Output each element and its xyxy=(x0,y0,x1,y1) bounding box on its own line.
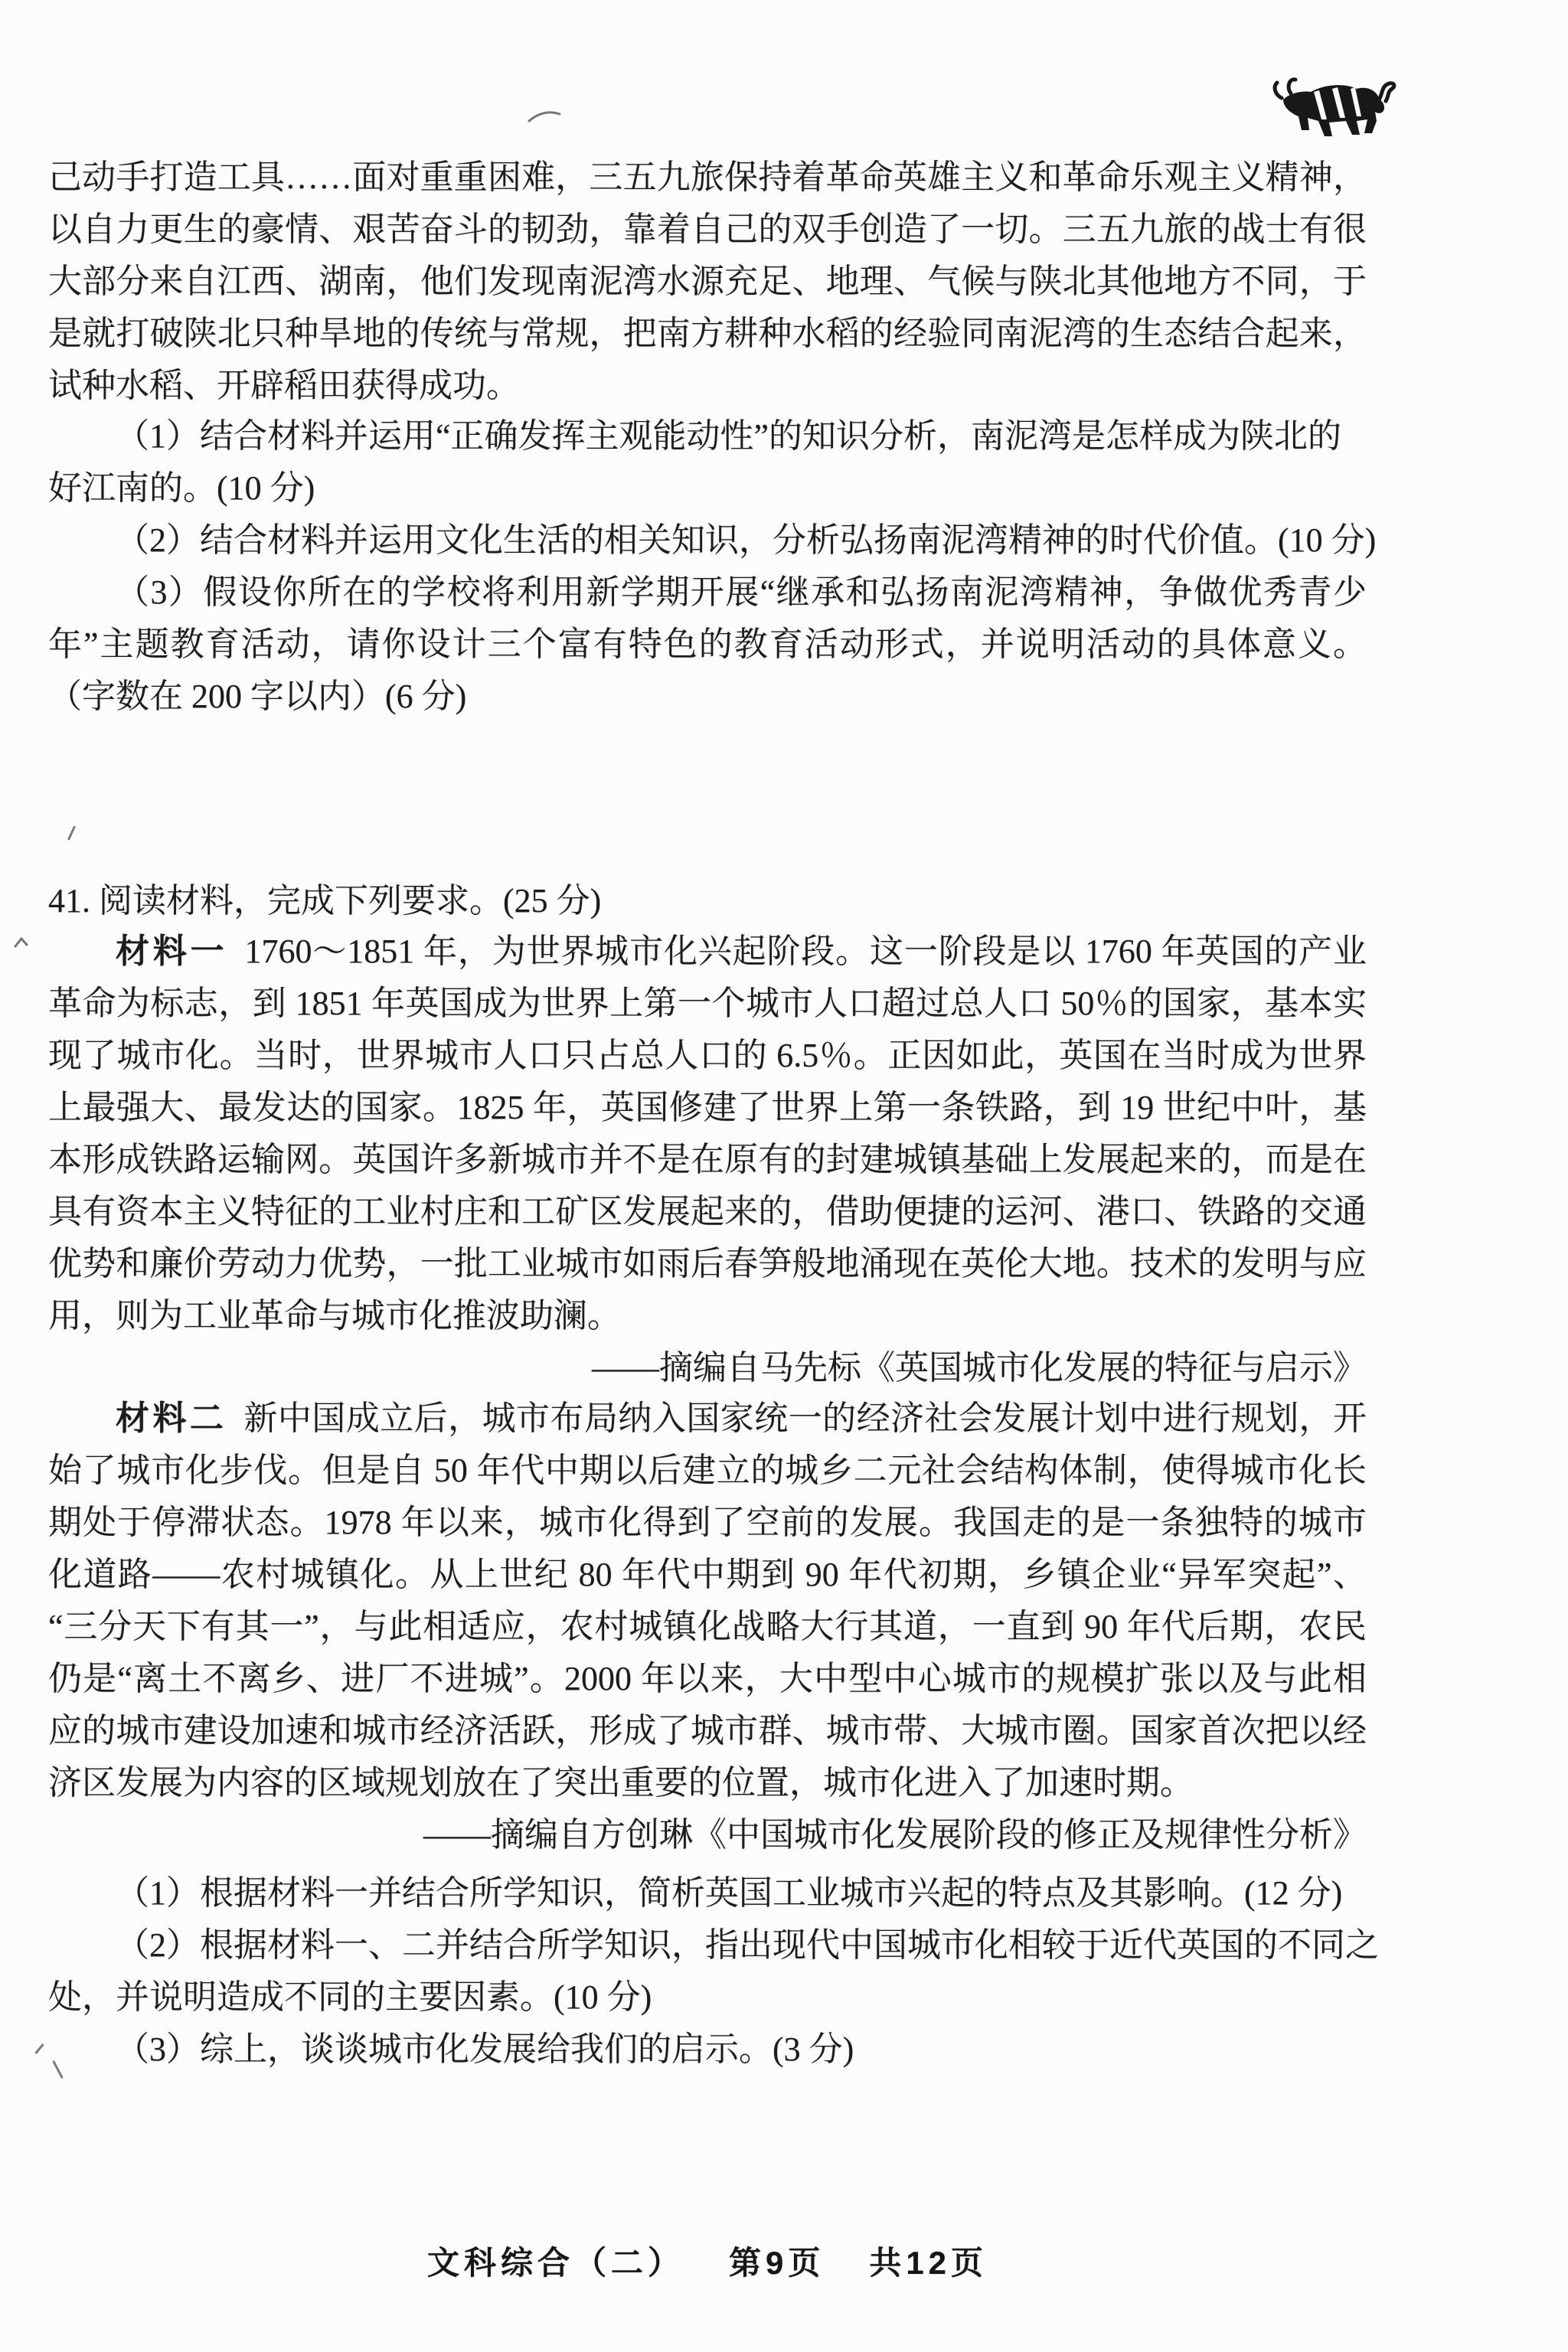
footer-total-pages: 共12页 xyxy=(869,2238,988,2284)
text-line: 具有资本主义特征的工业村庄和工矿区发展起来的，借助便捷的运河、港口、铁路的交通 xyxy=(48,1186,1367,1238)
text-line: 材料二新中国成立后，城市布局纳入国家统一的经济社会发展计划中进行规划，开 xyxy=(48,1393,1367,1445)
text-line: 仍是“离土不离乡、进厂不进城”。2000 年以来，大中型中心城市的规模扩张以及与… xyxy=(48,1653,1367,1705)
q40-question-lines: （1）结合材料并运用“正确发挥主观能动性”的知识分析，南泥湾是怎样成为陕北的好江… xyxy=(48,410,1367,723)
text-line: 好江南的。(10 分) xyxy=(48,462,1367,514)
footer-exam-title: 文科综合（二） xyxy=(427,2238,684,2284)
text-line: 应的城市建设加速和城市经济活跃，形成了城市群、城市带、大城市圈。国家首次把以经 xyxy=(48,1705,1367,1757)
text-line: 现了城市化。当时，世界城市人口只占总人口的 6.5％。正因如此，英国在当时成为世… xyxy=(48,1030,1367,1082)
scan-artifact xyxy=(67,825,76,840)
material-two-label: 材料二 xyxy=(116,1400,227,1437)
text-line: 处，并说明造成不同的主要因素。(10 分) xyxy=(48,1971,1367,2024)
text-line: 上最强大、最发达的国家。1825 年，英国修建了世界上第一条铁路，到 19 世纪… xyxy=(48,1082,1367,1134)
scan-artifact xyxy=(14,936,31,953)
text-line: （2）结合材料并运用文化生活的相关知识，分析弘扬南泥湾精神的时代价值。(10 分… xyxy=(48,514,1367,567)
material-one-label: 材料一 xyxy=(116,933,228,970)
q41-material-one: 材料一1760～1851 年，为世界城市化兴起阶段。这一阶段是以 1760 年英… xyxy=(48,926,1367,1394)
text-line: 始了城市化步伐。但是自 50 年代中期以后建立的城乡二元社会结构体制，使得城市化… xyxy=(48,1445,1367,1497)
q40-subquestions: （1）结合材料并运用“正确发挥主观能动性”的知识分析，南泥湾是怎样成为陕北的好江… xyxy=(48,410,1367,723)
q40-material-continuation: 己动手打造工具……面对重重困难，三五九旅保持着革命英雄主义和革命乐观主义精神，以… xyxy=(48,152,1367,412)
scan-artifact xyxy=(34,2043,44,2054)
scan-artifact xyxy=(527,107,562,128)
text-line: 济区发展为内容的区域规划放在了突出重要的位置，城市化进入了加速时期。 xyxy=(48,1757,1367,1809)
text-line: 优势和廉价劳动力优势，一批工业城市如雨后春笋般地涌现在英伦大地。技术的发明与应 xyxy=(48,1238,1367,1290)
q41-subquestions: （1）根据材料一并结合所学知识，简析英国工业城市兴起的特点及其影响。(12 分)… xyxy=(48,1867,1367,2076)
text-line: （2）根据材料一、二并结合所学知识，指出现代中国城市化相较于近代英国的不同之 xyxy=(48,1919,1367,1971)
q41-material-two: 材料二新中国成立后，城市布局纳入国家统一的经济社会发展计划中进行规划，开 始了城… xyxy=(48,1393,1367,1861)
text-line: 化道路——农村城镇化。从上世纪 80 年代中期到 90 年代初期，乡镇企业“异军… xyxy=(48,1549,1367,1601)
text-line: （3）综上，谈谈城市化发展给我们的启示。(3 分) xyxy=(48,2024,1367,2076)
text-line: 期处于停滞状态。1978 年以来，城市化得到了空前的发展。我国走的是一条独特的城… xyxy=(48,1497,1367,1549)
material-one-lines: 革命为标志，到 1851 年英国成为世界上第一个城市人口超过总人口 50％的国家… xyxy=(48,978,1367,1394)
text-line: 本形成铁路运输网。英国许多新城市并不是在原有的封建城镇基础上发展起来的，而是在 xyxy=(48,1134,1367,1186)
q41-header-block: 41. 阅读材料，完成下列要求。(25 分) xyxy=(48,875,1367,927)
footer-page-number: 第9页 xyxy=(729,2238,825,2284)
text-line: （字数在 200 字以内）(6 分) xyxy=(48,671,1367,723)
q40-material-lines: 己动手打造工具……面对重重困难，三五九旅保持着革命英雄主义和革命乐观主义精神，以… xyxy=(48,152,1367,412)
q41-question-lines: （1）根据材料一并结合所学知识，简析英国工业城市兴起的特点及其影响。(12 分)… xyxy=(48,1867,1367,2076)
text-line: ——摘编自马先标《英国城市化发展的特征与启示》 xyxy=(48,1342,1367,1394)
text-line: 以自力更生的豪情、艰苦奋斗的韧劲，靠着自己的双手创造了一切。三五九旅的战士有很 xyxy=(48,204,1367,256)
page-footer: 文科综合（二） 第9页 共12页 xyxy=(48,2235,1367,2287)
material-one-opening-text: 1760～1851 年，为世界城市化兴起阶段。这一阶段是以 1760 年英国的产… xyxy=(245,933,1367,970)
text-line: （1）根据材料一并结合所学知识，简析英国工业城市兴起的特点及其影响。(12 分) xyxy=(48,1867,1367,1919)
text-line: ——摘编自方创琳《中国城市化发展阶段的修正及规律性分析》 xyxy=(48,1809,1367,1861)
text-line: 是就打破陕北只种旱地的传统与常规，把南方耕种水稻的经验同南泥湾的生态结合起来， xyxy=(48,308,1367,360)
scanned-exam-page: 己动手打造工具……面对重重困难，三五九旅保持着革命英雄主义和革命乐观主义精神，以… xyxy=(0,0,1568,2352)
text-line: “三分天下有其一”，与此相适应，农村城镇化战略大行其道，一直到 90 年代后期，… xyxy=(48,1601,1367,1653)
q41-header: 41. 阅读材料，完成下列要求。(25 分) xyxy=(48,875,1367,927)
text-line: 材料一1760～1851 年，为世界城市化兴起阶段。这一阶段是以 1760 年英… xyxy=(48,926,1367,978)
text-line: （3）假设你所在的学校将利用新学期开展“继承和弘扬南泥湾精神，争做优秀青少 xyxy=(48,567,1367,619)
material-two-opening-text: 新中国成立后，城市布局纳入国家统一的经济社会发展计划中进行规划，开 xyxy=(243,1400,1367,1437)
text-line: 大部分来自江西、湖南，他们发现南泥湾水源充足、地理、气候与陕北其他地方不同，于 xyxy=(48,256,1367,308)
text-line: 年”主题教育活动，请你设计三个富有特色的教育活动形式，并说明活动的具体意义。 xyxy=(48,619,1367,671)
text-line: 己动手打造工具……面对重重困难，三五九旅保持着革命英雄主义和革命乐观主义精神， xyxy=(48,152,1367,204)
text-line: （1）结合材料并运用“正确发挥主观能动性”的知识分析，南泥湾是怎样成为陕北的 xyxy=(48,410,1367,462)
text-line: 试种水稻、开辟稻田获得成功。 xyxy=(48,360,1367,412)
text-line: 用，则为工业革命与城市化推波助澜。 xyxy=(48,1290,1367,1342)
text-line: 革命为标志，到 1851 年英国成为世界上第一个城市人口超过总人口 50％的国家… xyxy=(48,978,1367,1030)
bull-logo-icon xyxy=(1271,73,1401,146)
material-two-lines: 始了城市化步伐。但是自 50 年代中期以后建立的城乡二元社会结构体制，使得城市化… xyxy=(48,1445,1367,1861)
